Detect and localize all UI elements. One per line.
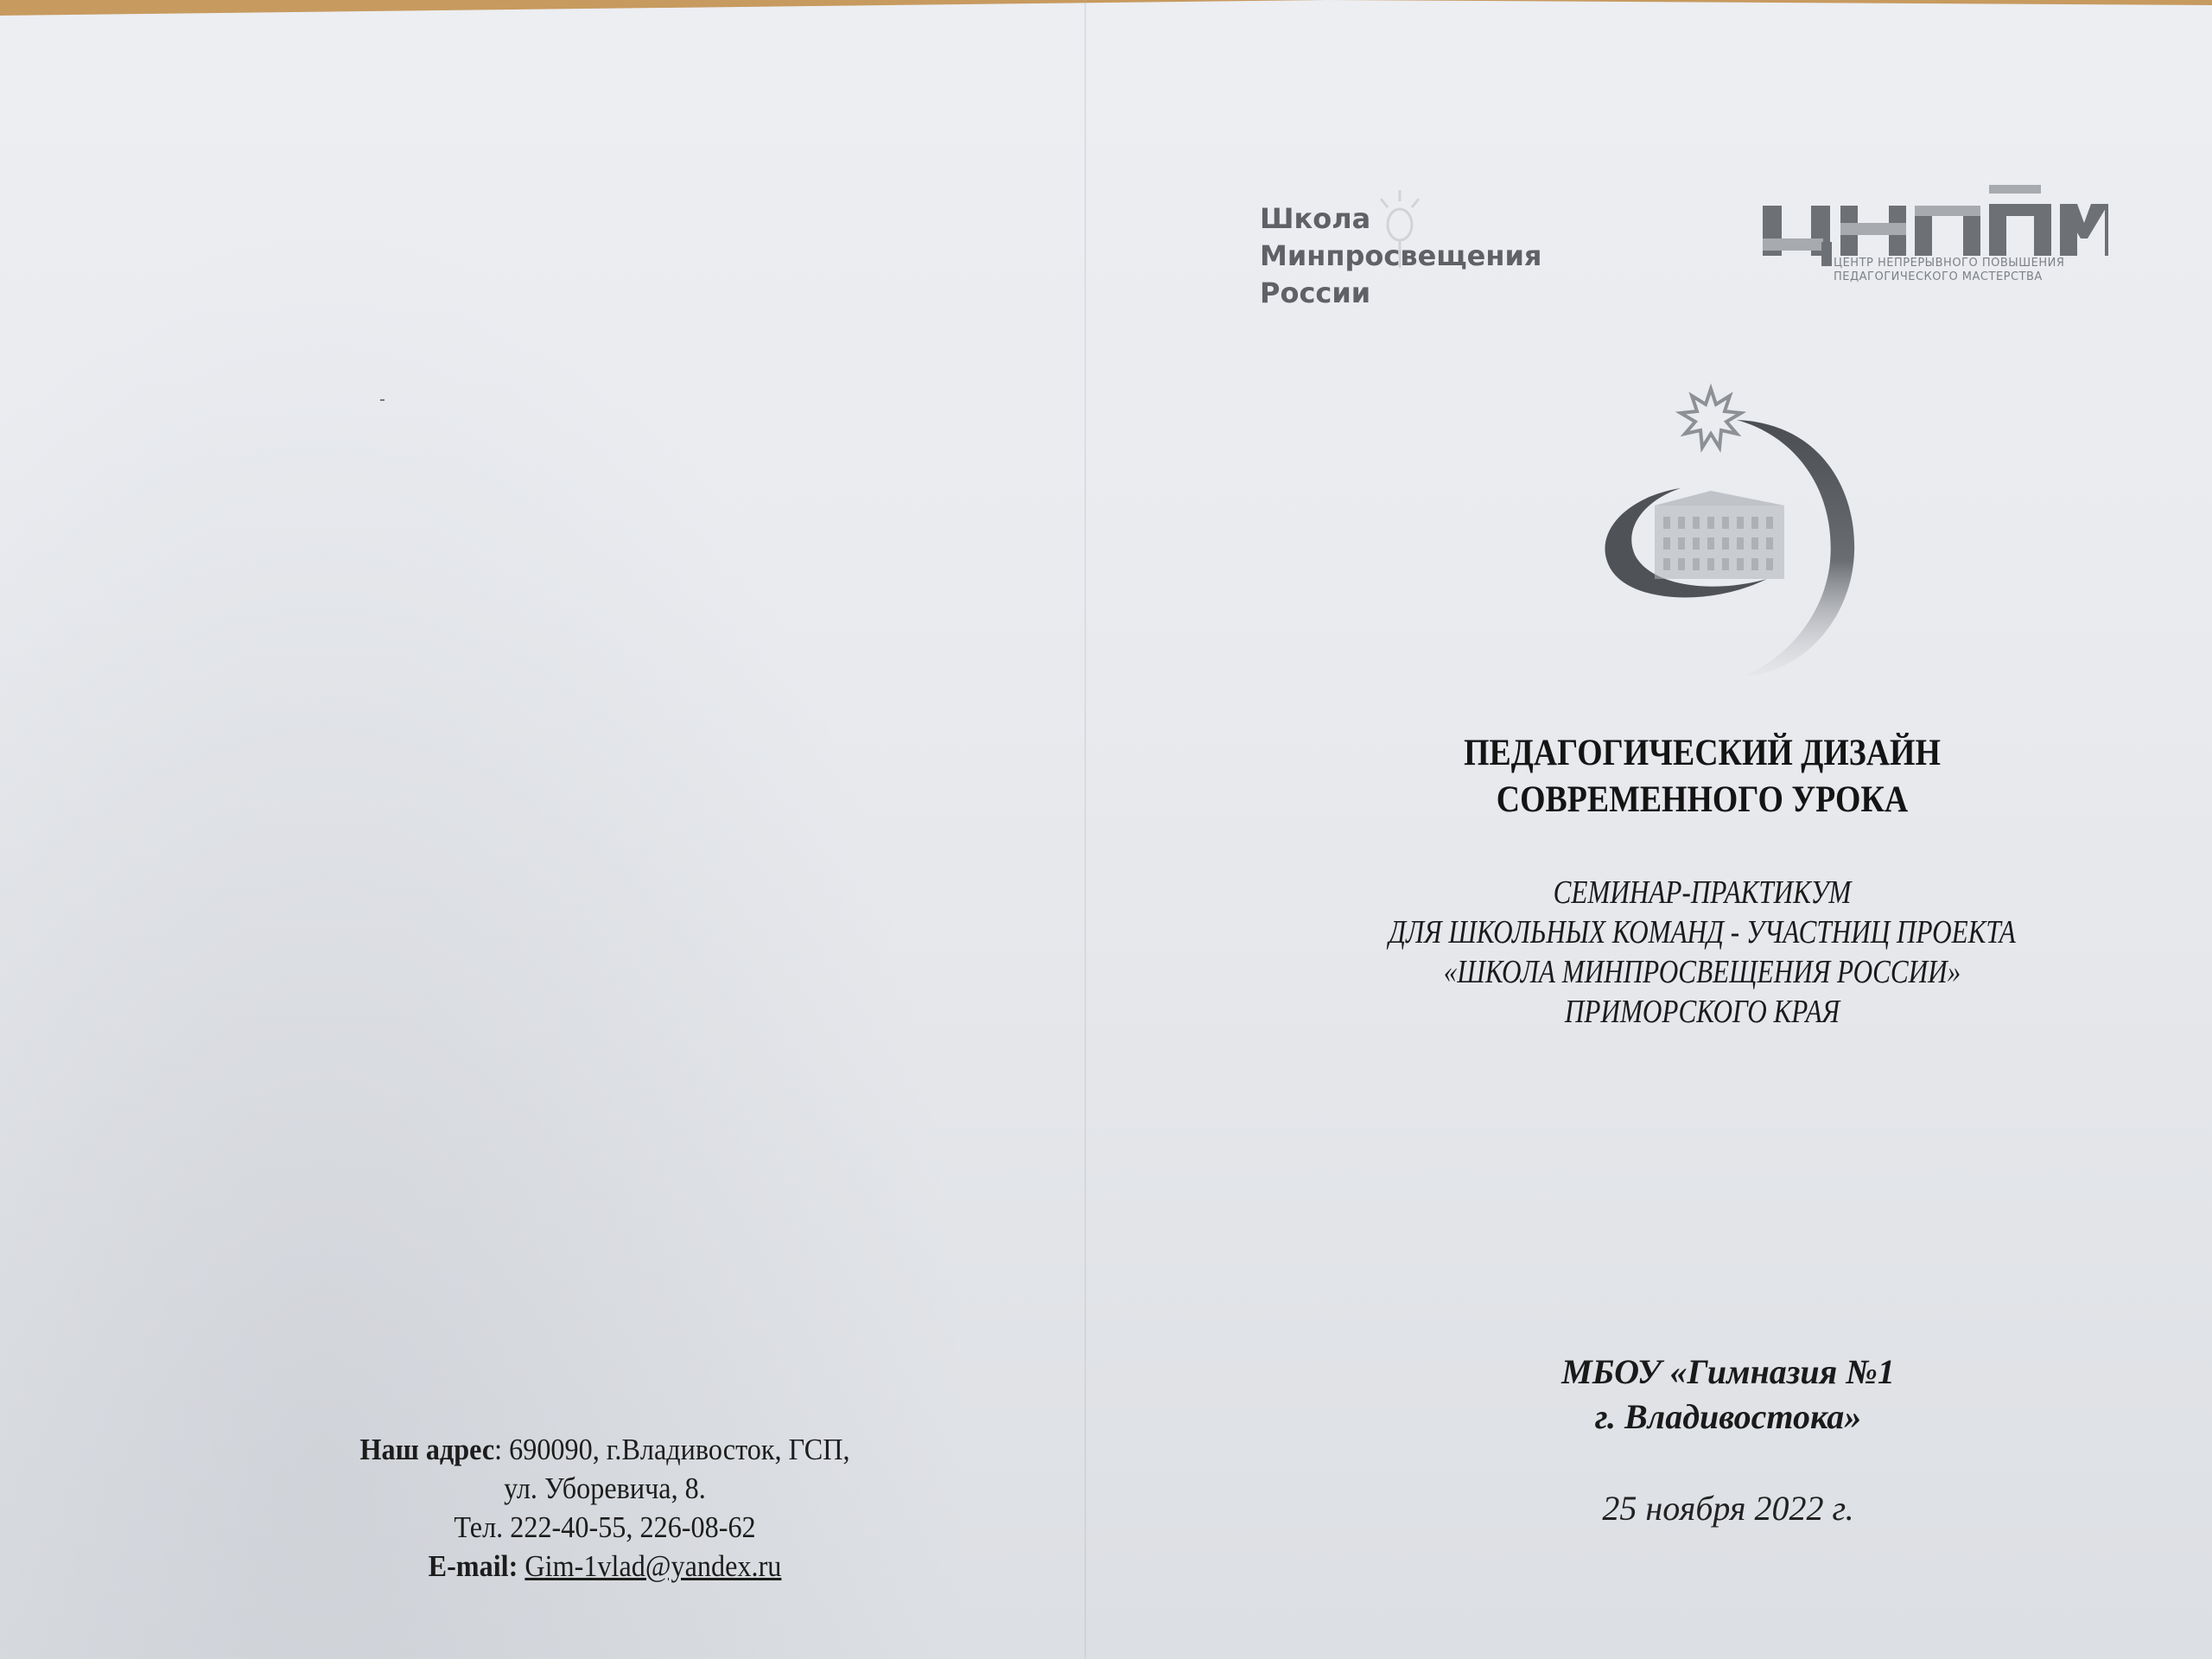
- logo-line: России: [1260, 275, 1541, 312]
- subtitle-line: «ШКОЛА МИНПРОСВЕЩЕНИЯ РОССИИ»: [1326, 952, 2077, 992]
- contacts-block: Наш адрес: 690090, г.Владивосток, ГСП, у…: [302, 1430, 906, 1586]
- print-speck: [380, 399, 385, 401]
- cnppm-subtitle-line: ПЕДАГОГИЧЕСКОГО МАСТЕРСТВА: [1834, 270, 2064, 284]
- fold-line: [1084, 0, 1086, 1659]
- cnppm-subtitle-line: ЦЕНТР НЕПРЕРЫВНОГО ПОВЫШЕНИЯ: [1834, 257, 2064, 270]
- lightbulb-icon: [1374, 186, 1426, 272]
- email-line: E-mail: Gim-1vlad@yandex.ru: [302, 1547, 906, 1586]
- address-line: Наш адрес: 690090, г.Владивосток, ГСП,: [302, 1430, 906, 1469]
- gymnasium-emblem-icon: [1573, 354, 1884, 683]
- organizer: МБОУ «Гимназия №1 г. Владивостока»: [1469, 1350, 1987, 1440]
- cnppm-subtitle: ЦЕНТР НЕПРЕРЫВНОГО ПОВЫШЕНИЯ ПЕДАГОГИЧЕС…: [1834, 257, 2064, 284]
- subtitle-line: ДЛЯ ШКОЛЬНЫХ КОМАНД - УЧАСТНИЦ ПРОЕКТА: [1326, 912, 2077, 952]
- subtitle-line: ПРИМОРСКОГО КРАЯ: [1326, 992, 2077, 1032]
- email-label: E-mail:: [429, 1549, 518, 1583]
- brochure-subtitle: СЕМИНАР-ПРАКТИКУМ ДЛЯ ШКОЛЬНЫХ КОМАНД - …: [1326, 873, 2077, 1032]
- organizer-line: г. Владивостока»: [1469, 1395, 1987, 1440]
- event-date: 25 ноября 2022 г.: [1469, 1488, 1987, 1529]
- address-label: Наш адрес: [359, 1433, 494, 1466]
- street-line: ул. Уборевича, 8.: [302, 1469, 906, 1508]
- title-line: ПЕДАГОГИЧЕСКИЙ ДИЗАЙН: [1330, 730, 2075, 777]
- subtitle-line: СЕМИНАР-ПРАКТИКУМ: [1326, 873, 2077, 912]
- organizer-line: МБОУ «Гимназия №1: [1469, 1350, 1987, 1395]
- address-value: : 690090, г.Владивосток, ГСП,: [494, 1433, 849, 1466]
- phone-line: Тел. 222-40-55, 226-08-62: [302, 1508, 906, 1547]
- title-line: СОВРЕМЕННОГО УРОКА: [1330, 777, 2075, 823]
- brochure-title: ПЕДАГОГИЧЕСКИЙ ДИЗАЙН СОВРЕМЕННОГО УРОКА: [1330, 730, 2075, 823]
- email-link[interactable]: Gim-1vlad@yandex.ru: [524, 1549, 781, 1583]
- paper-shadow: [0, 0, 1080, 1659]
